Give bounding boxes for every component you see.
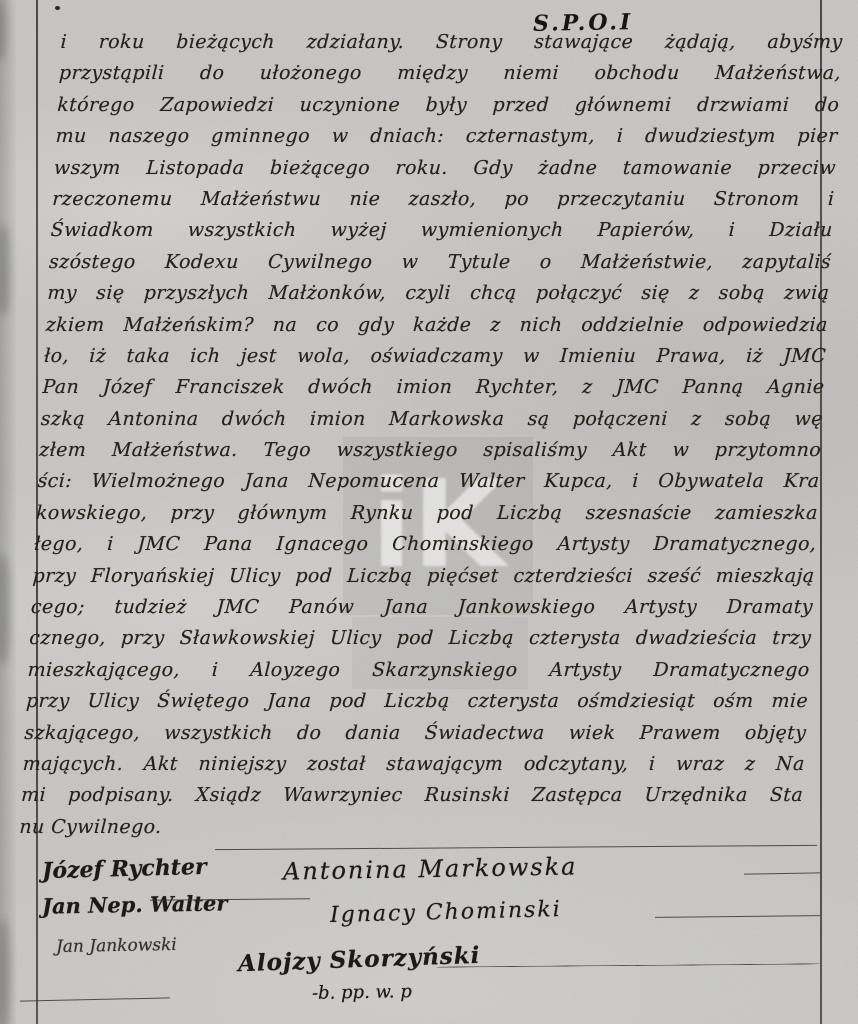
flourish-line bbox=[436, 963, 820, 967]
document-line: mi podpisany. Xsiądz Wawrzyniec Rusinski… bbox=[20, 780, 804, 811]
flourish-line bbox=[215, 845, 817, 850]
document-line: przy Ulicy Świętego Jana pod Liczbą czte… bbox=[25, 686, 809, 717]
edge-smudge bbox=[0, 555, 10, 665]
document-line: szkającego, wszystkich do dania Świadect… bbox=[24, 718, 808, 749]
ink-dot bbox=[55, 6, 60, 10]
document-line: i roku bieżących zdziałany. Strony stawa… bbox=[60, 27, 844, 58]
signature-jan-nep-walter: Jan Nep. Walter bbox=[42, 890, 228, 918]
flourish-line bbox=[655, 915, 820, 918]
signature-ignacy-chominski: Ignacy Chominski bbox=[330, 897, 562, 928]
document-line: kowskiego, przy głównym Rynku pod Liczbą… bbox=[35, 498, 819, 529]
edge-smudge bbox=[0, 920, 10, 1024]
document-line: złem Małżeństwa. Tego wszystkiego spisal… bbox=[38, 435, 822, 466]
document-line: cego; tudzież JMC Panów Jana Jankowskieg… bbox=[30, 592, 814, 623]
document-line: szką Antonina dwóch imion Markowska są p… bbox=[40, 404, 824, 435]
manuscript-text: i roku bieżących zdziałany. Strony stawa… bbox=[19, 27, 844, 843]
document-line: zkiem Małżeńskim? na co gdy każde z nich… bbox=[45, 310, 829, 341]
edge-smudge bbox=[0, 225, 10, 315]
document-line: mających. Akt niniejszy został stawający… bbox=[22, 749, 806, 780]
document-line: mu naszego gminnego w dniach: czternasty… bbox=[55, 121, 839, 152]
signature-alojzy-skorzynski: Alojzy Skorzyński bbox=[238, 942, 481, 977]
document-line: wszym Listopada bieżącego roku. Gdy żadn… bbox=[53, 153, 837, 184]
document-line: łego, i JMC Pana Ignacego Chominskiego A… bbox=[33, 529, 817, 560]
page-edge-shadow bbox=[0, 0, 16, 1024]
document-page: S.P.O.I iK i roku bieżących zdziałany. S… bbox=[0, 0, 858, 1024]
document-line: Świadkom wszystkich wyżej wymienionych P… bbox=[50, 215, 834, 246]
signature-jan-jankowski: Jan Jankowski bbox=[56, 935, 177, 957]
document-line: ści: Wielmożnego Jana Nepomucena Walter … bbox=[37, 466, 821, 497]
document-line: ło, iż taka ich jest wola, oświadczamy w… bbox=[43, 341, 827, 372]
document-line: nu Cywilnego. bbox=[19, 812, 803, 843]
document-line: którego Zapowiedzi uczynione były przed … bbox=[56, 90, 840, 121]
document-line: przy Floryańskiej Ulicy pod Liczbą pięćs… bbox=[32, 561, 816, 592]
document-line: my się przyszłych Małżonków, czyli chcą … bbox=[47, 278, 831, 309]
flourish-line bbox=[20, 997, 170, 1001]
document-line: szóstego Kodexu Cywilnego w Tytule o Mał… bbox=[48, 247, 832, 278]
flourish-line bbox=[744, 872, 820, 874]
document-line: Pan Józef Franciszek dwóch imion Rychter… bbox=[42, 372, 826, 403]
signature-jozef-rychter: Józef Rychter bbox=[42, 854, 207, 884]
signature-annotation: -b. pp. w. p bbox=[312, 981, 412, 1004]
document-line: mieszkającego, i Aloyzego Skarzynskiego … bbox=[27, 655, 811, 686]
document-line: przystąpili do ułożonego między niemi ob… bbox=[58, 58, 842, 89]
edge-smudge bbox=[0, 0, 6, 60]
document-line: cznego, przy Sławkowskiej Ulicy pod Licz… bbox=[28, 623, 812, 654]
signature-antonina-markowska: Antonina Markowska bbox=[283, 852, 578, 885]
document-line: rzeczonemu Małżeństwu nie zaszło, po prz… bbox=[52, 184, 836, 215]
